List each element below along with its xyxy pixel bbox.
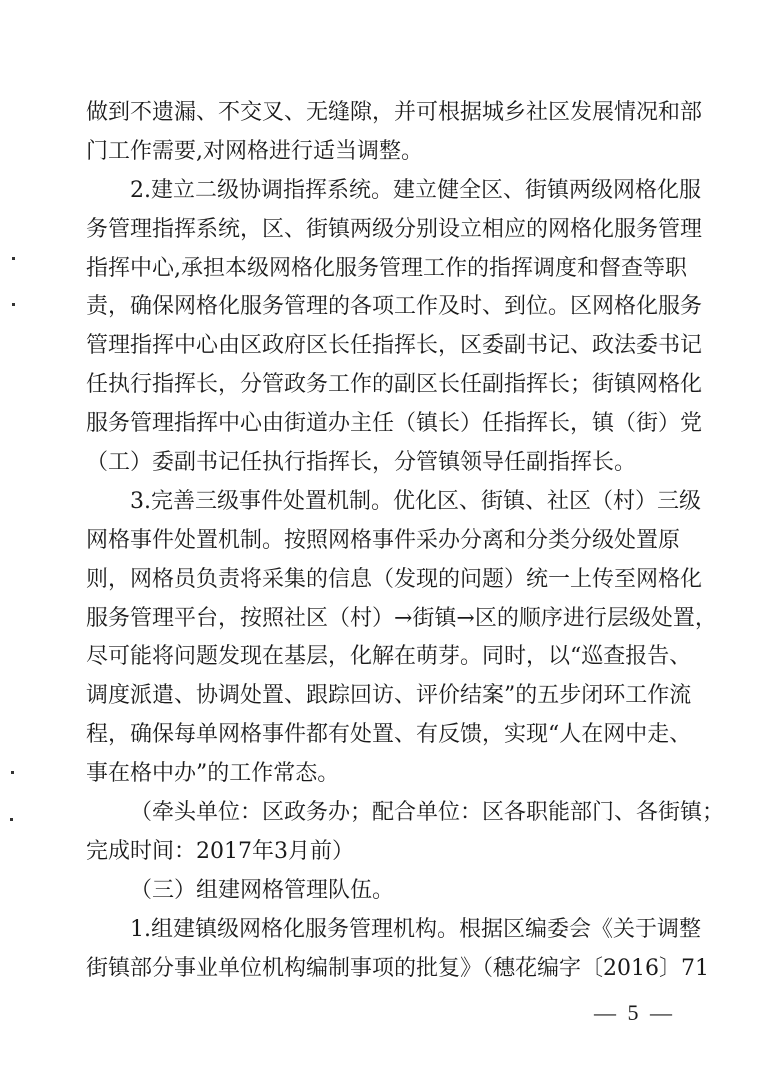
- document-page: 做到不遗漏、不交叉、无缝隙，并可根据城乡社区发展情况和部 门工作需要,对网格进行…: [0, 0, 762, 1078]
- text-line: 则，网格员负责将采集的信息（发现的问题）统一上传至网格化: [86, 561, 708, 600]
- section-heading: （三）组建网格管理队伍。: [86, 872, 708, 911]
- text-line: 尽可能将问题发现在基层，化解在萌芽。同时，以“巡查报告、: [86, 638, 708, 677]
- text-line: 管理指挥中心由区政府区长任指挥长，区委副书记、政法委书记: [86, 327, 708, 366]
- text-line: 做到不遗漏、不交叉、无缝隙，并可根据城乡社区发展情况和部: [86, 94, 708, 133]
- text-line: 程，确保每单网格事件都有处置、有反馈，实现“人在网中走、: [86, 716, 708, 755]
- document-body: 做到不遗漏、不交叉、无缝隙，并可根据城乡社区发展情况和部 门工作需要,对网格进行…: [86, 94, 708, 988]
- margin-mark: [10, 818, 13, 821]
- text-line: 1.组建镇级网格化服务管理机构。根据区编委会《关于调整: [86, 911, 708, 950]
- text-line: （工）委副书记任执行指挥长，分管镇领导任副指挥长。: [86, 444, 708, 483]
- text-line: 任执行指挥长，分管政务工作的副区长任副指挥长；街镇网格化: [86, 366, 708, 405]
- text-line: 门工作需要,对网格进行适当调整。: [86, 133, 708, 172]
- page-number: — 5 —: [594, 1000, 675, 1026]
- text-line: （牵头单位：区政务办；配合单位：区各职能部门、各街镇；: [86, 794, 708, 833]
- text-line: 责，确保网格化服务管理的各项工作及时、到位。区网格化服务: [86, 288, 708, 327]
- text-line: 服务管理指挥中心由街道办主任（镇长）任指挥长，镇（街）党: [86, 405, 708, 444]
- text-line: 调度派遣、协调处置、跟踪回访、评价结案”的五步闭环工作流: [86, 677, 708, 716]
- text-line: 指挥中心,承担本级网格化服务管理工作的指挥调度和督查等职: [86, 250, 708, 289]
- text-line: 务管理指挥系统，区、街镇两级分别设立相应的网格化服务管理: [86, 211, 708, 250]
- text-line: 服务管理平台，按照社区（村）→街镇→区的顺序进行层级处置，: [86, 600, 708, 639]
- margin-mark: [12, 303, 15, 306]
- margin-mark: [12, 257, 15, 260]
- text-line: 事在格中办”的工作常态。: [86, 755, 708, 794]
- text-line: 街镇部分事业单位机构编制事项的批复》（穗花编字〔2016〕71: [86, 950, 708, 989]
- text-line: 完成时间：2017年3月前）: [86, 833, 708, 872]
- text-line: 网格事件处置机制。按照网格事件采办分离和分类分级处置原: [86, 522, 708, 561]
- margin-mark: [11, 771, 14, 774]
- text-line: 3.完善三级事件处置机制。优化区、街镇、社区（村）三级: [86, 483, 708, 522]
- text-line: 2.建立二级协调指挥系统。建立健全区、街镇两级网格化服: [86, 172, 708, 211]
